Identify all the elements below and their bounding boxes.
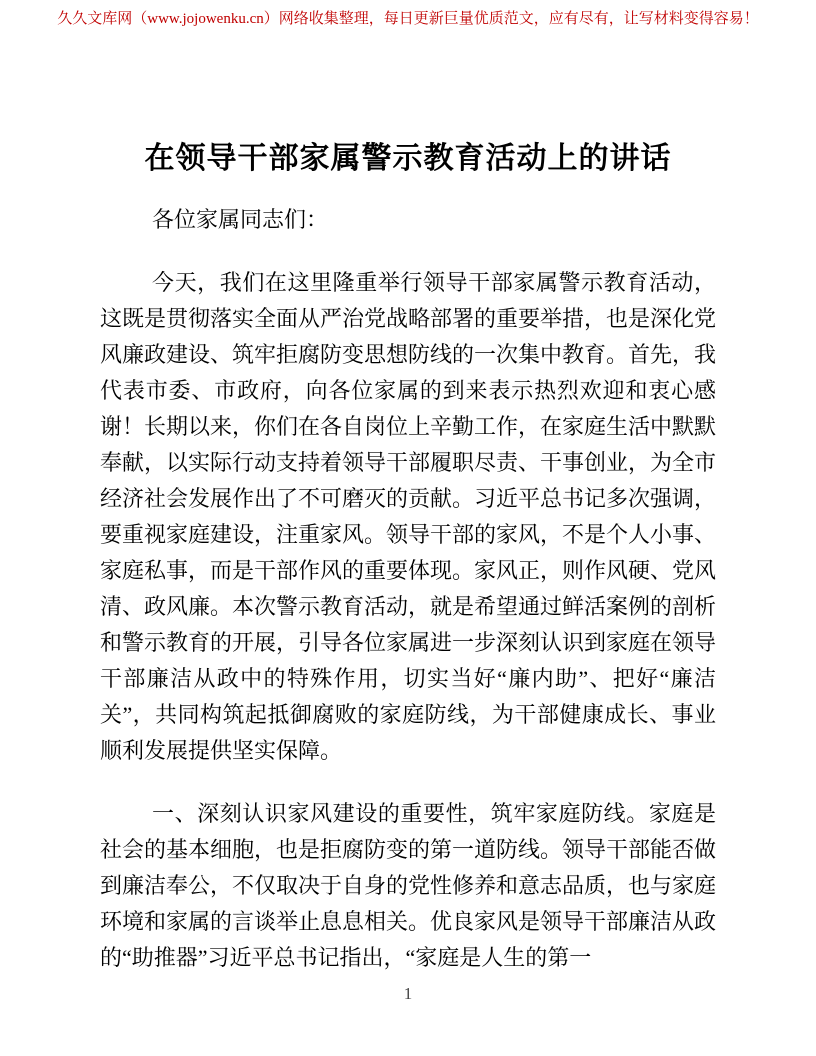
document-title: 在领导干部家属警示教育活动上的讲话 <box>100 0 716 179</box>
page-number: 1 <box>0 984 816 1004</box>
document-page: 久久文库网（www.jojowenku.cn）网络收集整理，每日更新巨量优质范文… <box>0 0 816 1056</box>
document-content: 在领导干部家属警示教育活动上的讲话 各位家属同志们： 今天，我们在这里隆重举行领… <box>100 0 716 976</box>
salutation: 各位家属同志们： <box>100 202 716 238</box>
body-paragraph-section-one: 一、深刻认识家风建设的重要性，筑牢家庭防线。家庭是社会的基本细胞，也是拒腐防变的… <box>100 796 716 976</box>
body-paragraph-intro: 今天，我们在这里隆重举行领导干部家属警示教育活动，这既是贯彻落实全面从严治党战略… <box>100 265 716 769</box>
